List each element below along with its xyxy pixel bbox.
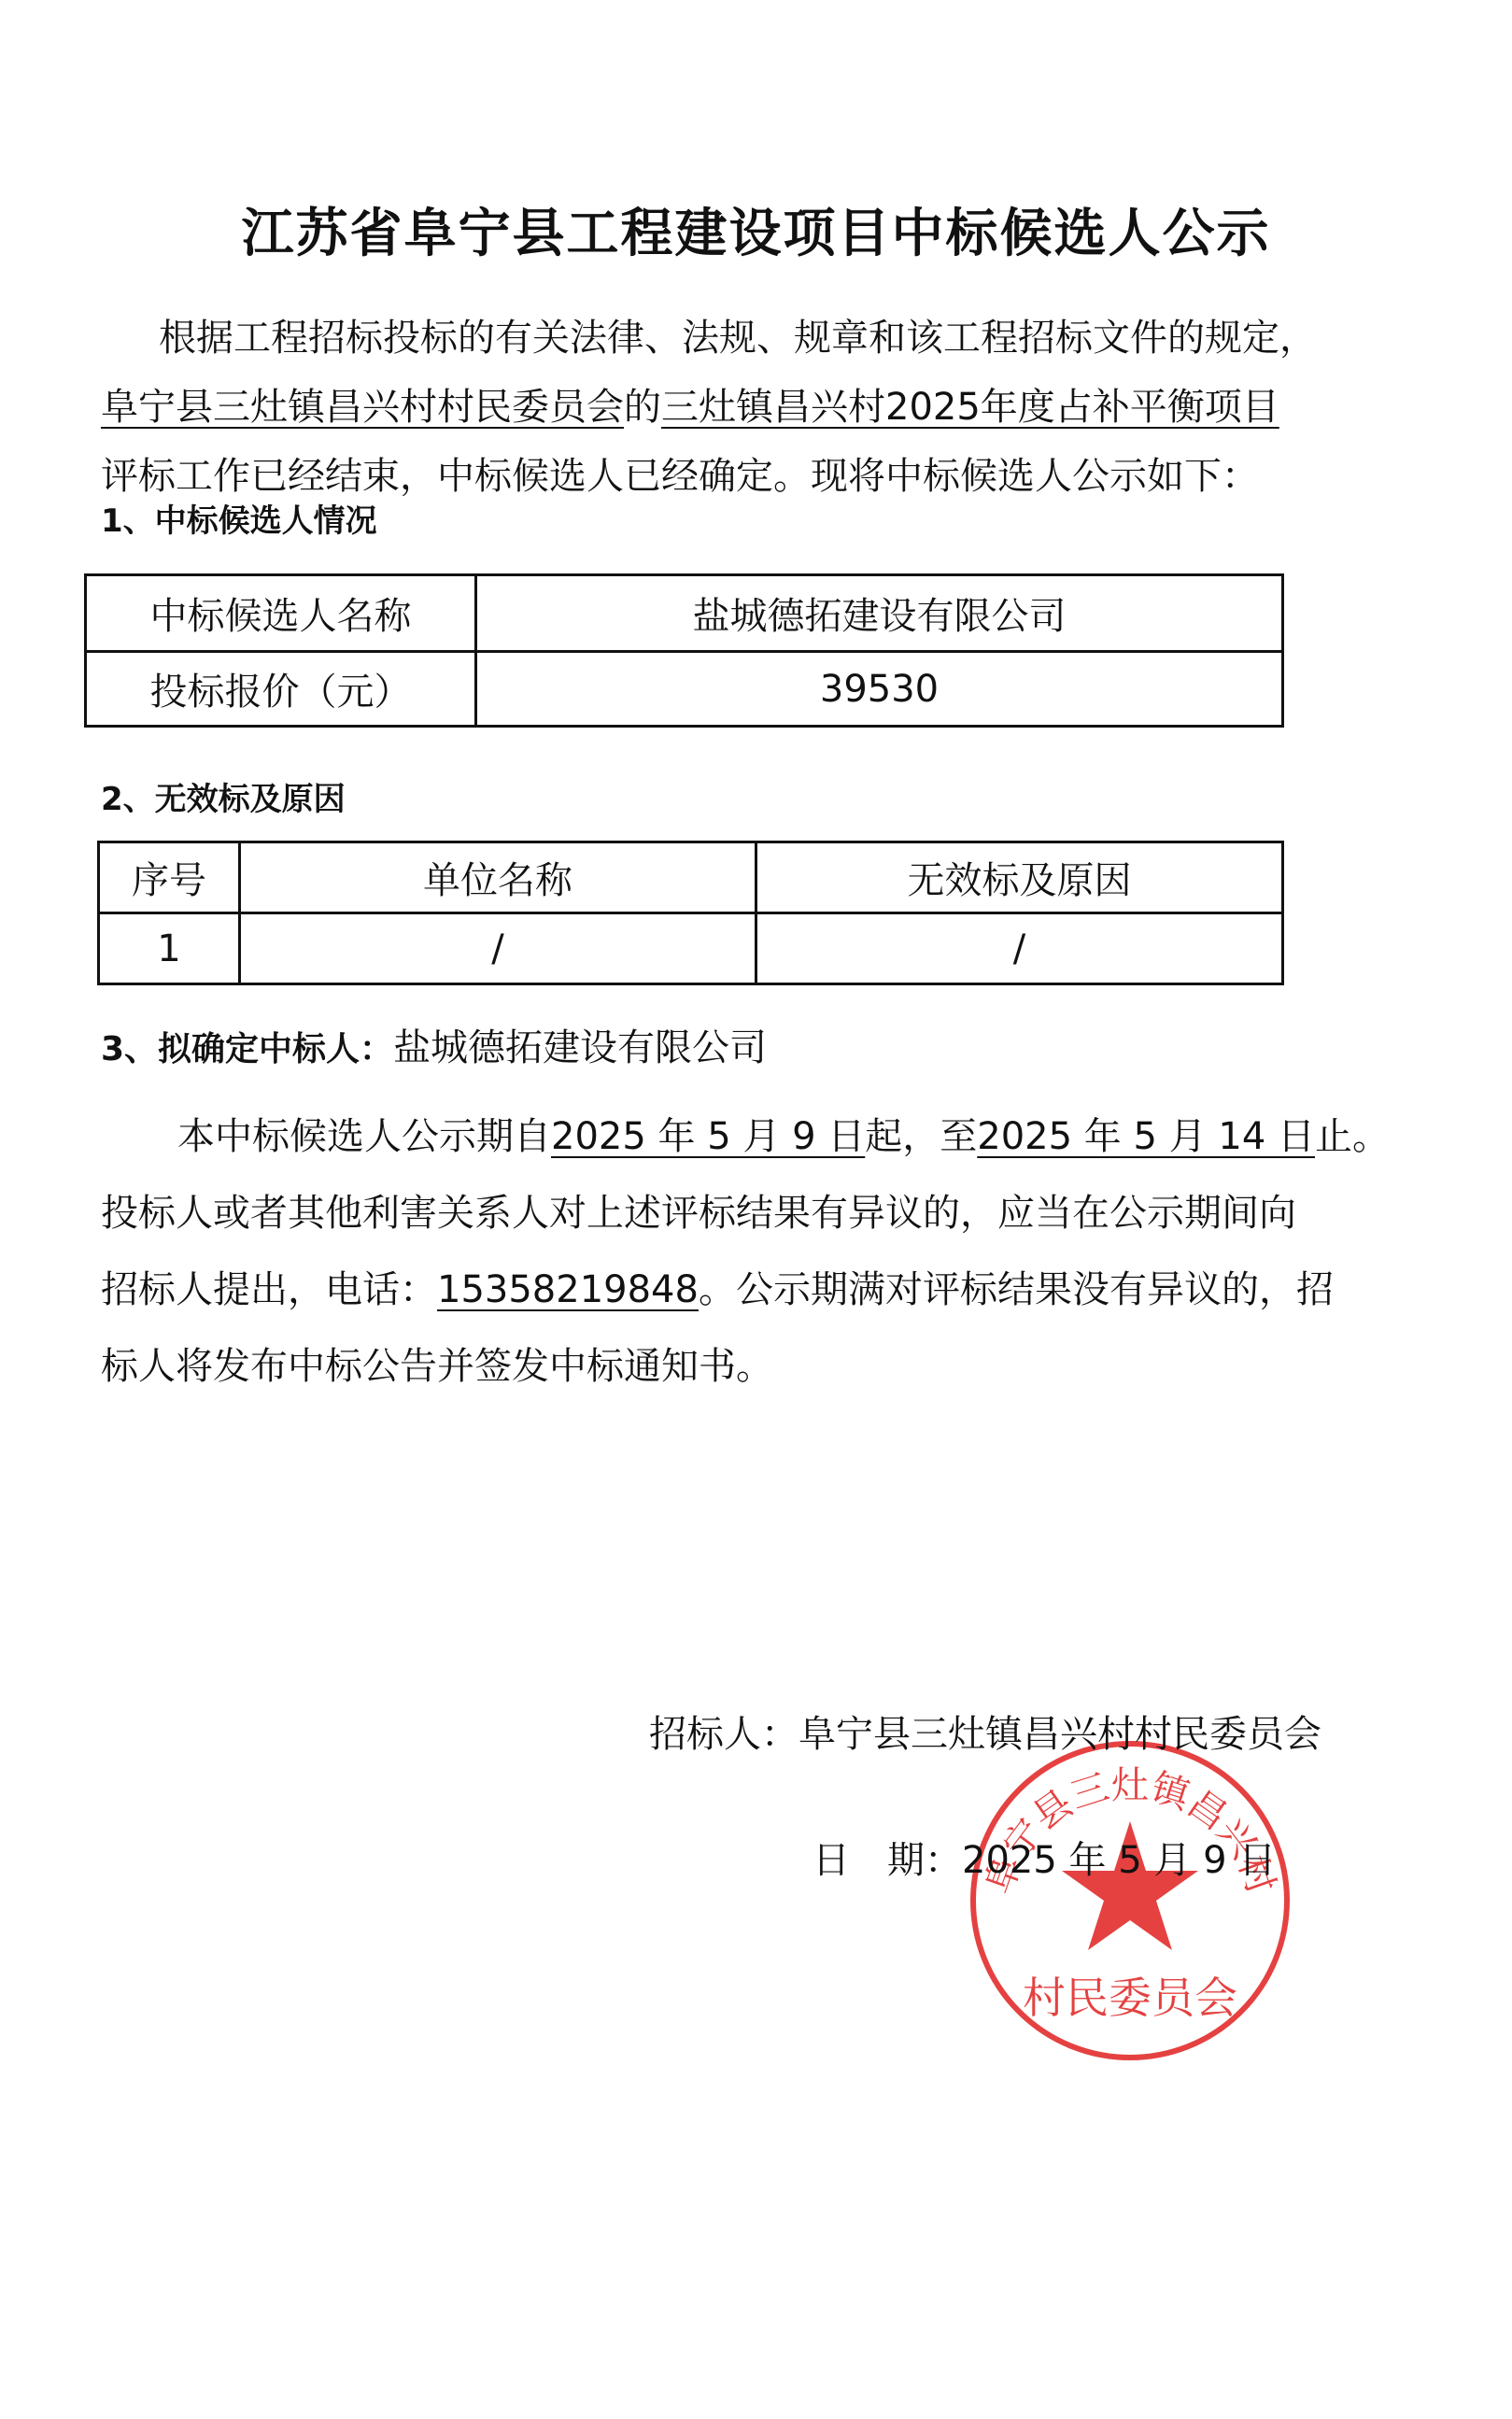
tenderer-line: 招标人：阜宁县三灶镇昌兴村村民委员会 xyxy=(649,1705,1321,1758)
notice-line-3-prefix: 招标人提出，电话： xyxy=(101,1268,437,1311)
cell-reason: / xyxy=(756,913,1283,984)
sign-date: 2025 年 5 月 9 日 xyxy=(962,1839,1276,1882)
intro-line-2: 阜宁县三灶镇昌兴村村民委员会的三灶镇昌兴村2025年度占补平衡项目 xyxy=(101,373,1279,442)
notice-line-1: 本中标候选人公示期自2025 年 5 月 9 日起，至2025 年 5 月 14… xyxy=(177,1102,1390,1171)
candidate-name-value: 盐城德拓建设有限公司 xyxy=(476,575,1283,652)
section-1-heading: 1、中标候选人情况 xyxy=(101,495,377,541)
date-label: 日 期： xyxy=(813,1839,962,1882)
notice-mid: 起，至 xyxy=(865,1115,977,1158)
notice-suffix: 止。 xyxy=(1315,1115,1390,1158)
table-row: 投标报价（元） 39530 xyxy=(86,652,1283,727)
col-header-unit-name: 单位名称 xyxy=(240,842,756,913)
notice-prefix: 本中标候选人公示期自 xyxy=(177,1115,551,1158)
tenderer-label: 招标人： xyxy=(649,1713,798,1756)
candidate-name-label: 中标候选人名称 xyxy=(86,575,476,652)
bid-price-value: 39530 xyxy=(476,652,1283,727)
cell-index: 1 xyxy=(99,913,240,984)
tenderer-name: 阜宁县三灶镇昌兴村村民委员会 xyxy=(798,1713,1321,1756)
invalid-bids-table: 序号 单位名称 无效标及原因 1 / / xyxy=(97,841,1284,985)
phone-number: 15358219848 xyxy=(437,1268,699,1311)
winner-name: 盐城德拓建设有限公司 xyxy=(393,1026,767,1069)
start-date: 2025 年 5 月 9 日 xyxy=(551,1115,865,1158)
svg-text:村民委员会: 村民委员会 xyxy=(1023,1973,1237,2023)
official-seal-icon: 阜宁县三灶镇昌兴村 村民委员会 xyxy=(962,1733,1298,2069)
section-3-heading: 3、拟确定中标人： xyxy=(101,1030,393,1068)
candidate-table: 中标候选人名称 盐城德拓建设有限公司 投标报价（元） 39530 xyxy=(84,573,1284,728)
project-name: 三灶镇昌兴村2025年度占补平衡项目 xyxy=(661,386,1279,429)
notice-line-3-suffix: 。公示期满对评标结果没有异议的，招 xyxy=(699,1268,1334,1311)
section-3: 3、拟确定中标人：盐城德拓建设有限公司 xyxy=(101,1018,767,1071)
bid-price-label: 投标报价（元） xyxy=(86,652,476,727)
table-row: 1 / / xyxy=(99,913,1283,984)
intro-line-1: 根据工程招标投标的有关法律、法规、规章和该工程招标文件的规定， xyxy=(159,304,1317,373)
col-header-reason: 无效标及原因 xyxy=(756,842,1283,913)
date-line: 日 期：2025 年 5 月 9 日 xyxy=(813,1831,1276,1884)
document-title: 江苏省阜宁县工程建设项目中标候选人公示 xyxy=(0,192,1512,267)
notice-line-4: 标人将发布中标公告并签发中标通知书。 xyxy=(101,1332,773,1401)
notice-line-2: 投标人或者其他利害关系人对上述评标结果有异议的，应当在公示期间向 xyxy=(101,1179,1296,1248)
table-header-row: 序号 单位名称 无效标及原因 xyxy=(99,842,1283,913)
col-header-index: 序号 xyxy=(99,842,240,913)
table-row: 中标候选人名称 盐城德拓建设有限公司 xyxy=(86,575,1283,652)
notice-line-3: 招标人提出，电话：15358219848。公示期满对评标结果没有异议的，招 xyxy=(101,1255,1334,1324)
connector: 的 xyxy=(624,386,661,429)
owner-name: 阜宁县三灶镇昌兴村村民委员会 xyxy=(101,386,624,429)
end-date: 2025 年 5 月 14 日 xyxy=(977,1115,1315,1158)
cell-unit-name: / xyxy=(240,913,756,984)
section-2-heading: 2、无效标及原因 xyxy=(101,773,346,819)
